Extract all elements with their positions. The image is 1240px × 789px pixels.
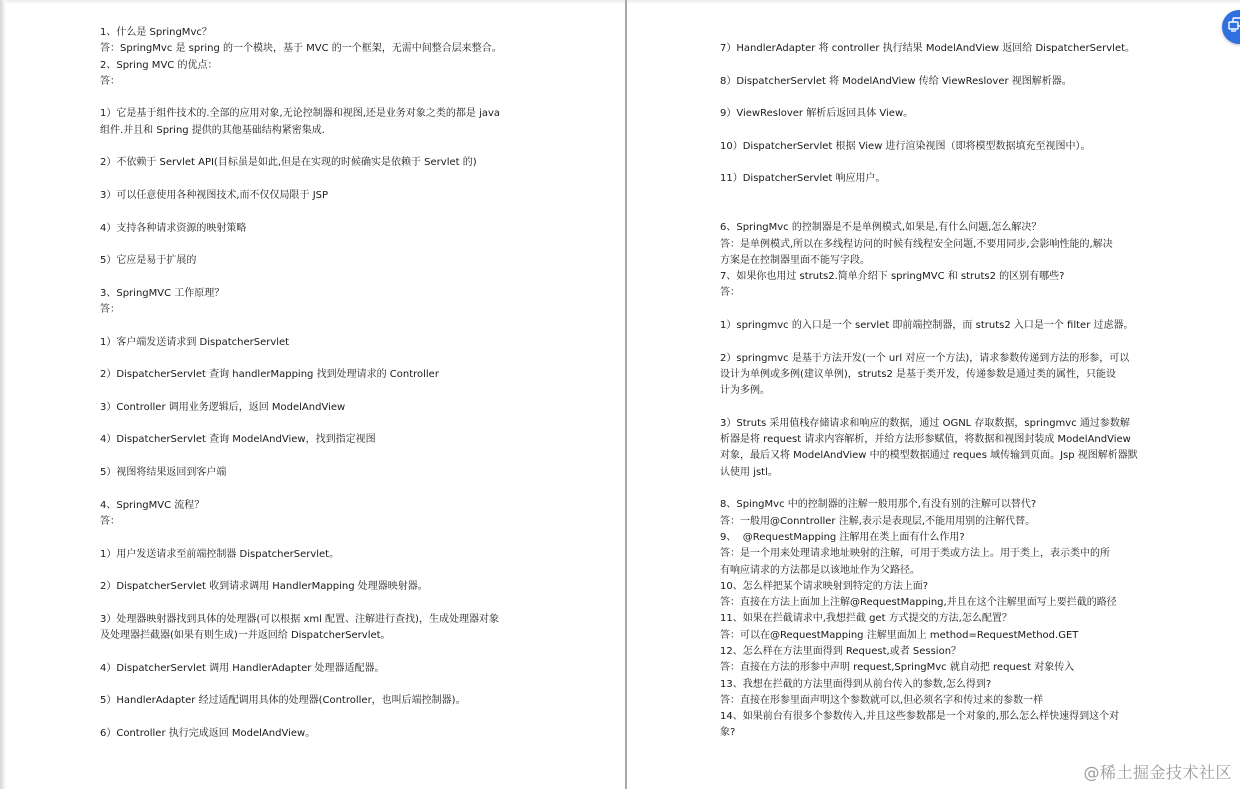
text-line: 答： [720,285,1160,301]
blank-line [720,188,1160,204]
blank-line [720,302,1160,318]
text-line: 13、我想在拦截的方法里面得到从前台传入的参数,怎么得到? [720,677,1160,693]
text-line: 答： [100,302,540,318]
blank-line [100,530,540,546]
text-line: 3）Controller 调用业务逻辑后，返回 ModelAndView [100,400,540,416]
text-line: 10）DispatcherServlet 根据 View 进行渲染视图（即将模型… [720,139,1160,155]
blank-line [720,122,1160,138]
text-line: 及处理器拦截器(如果有则生成)一并返回给 DispatcherServlet。 [100,628,540,644]
text-line: 4）支持各种请求资源的映射策略 [100,221,540,237]
page-left-shadow [0,0,6,789]
text-line: 象? [720,725,1160,741]
text-line: 1、什么是 SpringMvc？ [100,25,540,41]
text-line: 答：是一个用来处理请求地址映射的注解，可用于类或方法上。用于类上，表示类中的所 [720,546,1160,562]
text-line: 析器是将 request 请求内容解析，并给方法形参赋值，将数据和视图封装成 M… [720,432,1160,448]
blank-line [720,400,1160,416]
blank-line [100,351,540,367]
text-line: 3）Struts 采用值栈存储请求和响应的数据，通过 OGNL 存取数据，spr… [720,416,1160,432]
text-line: 11）DispatcherServlet 响应用户。 [720,171,1160,187]
text-line: 方案是在控制器里面不能写字段。 [720,253,1160,269]
text-line: 2、Spring MVC 的优点： [100,58,540,74]
blank-line [100,563,540,579]
floating-tool-button[interactable] [1222,10,1240,44]
text-line: 组件.并且和 Spring 提供的其他基础结构紧密集成. [100,123,540,139]
blank-line [720,57,1160,73]
blank-line [100,644,540,660]
blank-line [100,172,540,188]
document-page-left: 1、什么是 SpringMvc？答：SpringMvc 是 spring 的一个… [100,25,540,742]
blank-line [100,677,540,693]
text-line: 7）HandlerAdapter 将 controller 执行结果 Model… [720,41,1160,57]
text-line: 设计为单例或多例(建议单例)，struts2 是基于类开发，传递参数是通过类的属… [720,367,1160,383]
text-line: 答：SpringMvc 是 spring 的一个模块，基于 MVC 的一个框架，… [100,41,540,57]
blank-line [720,155,1160,171]
text-line: 2）DispatcherServlet 收到请求调用 HandlerMappin… [100,579,540,595]
text-line: 答： [100,514,540,530]
text-line: 答：直接在方法的形参中声明 request,SpringMvc 就自动把 req… [720,660,1160,676]
blank-line [720,204,1160,220]
text-line: 4）DispatcherServlet 查询 ModelAndView，找到指定… [100,432,540,448]
text-line: 6、SpringMvc 的控制器是不是单例模式,如果是,有什么问题,怎么解决？ [720,220,1160,236]
page-divider [625,0,627,789]
text-line: 1）客户端发送请求到 DispatcherServlet [100,335,540,351]
blank-line [100,481,540,497]
text-line: 答：一般用@Conntroller 注解,表示是表现层,不能用用别的注解代替。 [720,514,1160,530]
text-line: 8、SpingMvc 中的控制器的注解一般用那个,有没有别的注解可以替代? [720,497,1160,513]
text-line: 10、怎么样把某个请求映射到特定的方法上面? [720,579,1160,595]
blank-line [100,269,540,285]
blank-line [100,318,540,334]
text-line: 1）springmvc 的入口是一个 servlet 即前端控制器，而 stru… [720,318,1160,334]
text-line: 答：可以在@RequestMapping 注解里面加上 method=Reque… [720,628,1160,644]
text-line: 1）用户发送请求至前端控制器 DispatcherServlet。 [100,547,540,563]
watermark: @稀土掘金技术社区 [1083,760,1232,783]
blank-line [100,595,540,611]
text-line: 有响应请求的方法都是以该地址作为父路径。 [720,563,1160,579]
text-line: 4、SpringMVC 流程？ [100,498,540,514]
text-line: 答：是单例模式,所以在多线程访问的时候有线程安全问题,不要用同步,会影响性能的,… [720,237,1160,253]
text-line: 3）处理器映射器找到具体的处理器(可以根据 xml 配置、注解进行查找)，生成处… [100,612,540,628]
text-line: 9）ViewReslover 解析后返回具体 View。 [720,106,1160,122]
text-line: 4）DispatcherServlet 调用 HandlerAdapter 处理… [100,661,540,677]
text-line: 1）它是基于组件技术的.全部的应用对象,无论控制器和视图,还是业务对象之类的都是… [100,106,540,122]
text-line: 7、如果你也用过 struts2.简单介绍下 springMVC 和 strut… [720,269,1160,285]
document-page-right: 7）HandlerAdapter 将 controller 执行结果 Model… [720,41,1160,742]
text-line: 2）不依赖于 Servlet API(目标虽是如此,但是在实现的时候确实是依赖于… [100,155,540,171]
text-line: 5）它应是易于扩展的 [100,253,540,269]
text-line: 2）springmvc 是基于方法开发(一个 url 对应一个方法)，请求参数传… [720,351,1160,367]
text-line: 5）HandlerAdapter 经过适配调用具体的处理器(Controller… [100,693,540,709]
text-line: 12、怎么样在方法里面得到 Request,或者 Session？ [720,644,1160,660]
blank-line [100,237,540,253]
text-line: 对象，最后又将 ModelAndView 中的模型数据通过 reques 域传输… [720,448,1160,464]
page-top-shadow [0,0,1240,4]
text-line: 2）DispatcherServlet 查询 handlerMapping 找到… [100,367,540,383]
blank-line [100,449,540,465]
text-line: 11、如果在拦截请求中,我想拦截 get 方式提交的方法,怎么配置？ [720,611,1160,627]
text-line: 答：直接在形参里面声明这个参数就可以,但必须名字和传过来的参数一样 [720,693,1160,709]
blank-line [720,481,1160,497]
blank-line [100,139,540,155]
blank-line [100,90,540,106]
text-line: 3、SpringMVC 工作原理？ [100,286,540,302]
text-line: 3）可以任意使用各种视图技术,而不仅仅局限于 JSP [100,188,540,204]
text-line: 答：直接在方法上面加上注解@RequestMapping,并且在这个注解里面写上… [720,595,1160,611]
text-line: 6）Controller 执行完成返回 ModelAndView。 [100,726,540,742]
blank-line [100,709,540,725]
text-line: 答： [100,74,540,90]
text-line: 8）DispatcherServlet 将 ModelAndView 传给 Vi… [720,74,1160,90]
blank-line [100,384,540,400]
text-line: 5）视图将结果返回到客户端 [100,465,540,481]
text-line: 计为多例。 [720,383,1160,399]
text-line: 9、 @RequestMapping 注解用在类上面有什么作用? [720,530,1160,546]
blank-line [720,90,1160,106]
screen-share-icon [1228,17,1240,37]
text-line: 认使用 jstl。 [720,465,1160,481]
text-line: 14、如果前台有很多个参数传入,并且这些参数都是一个对象的,那么怎么样快速得到这… [720,709,1160,725]
blank-line [720,334,1160,350]
blank-line [100,416,540,432]
blank-line [100,204,540,220]
